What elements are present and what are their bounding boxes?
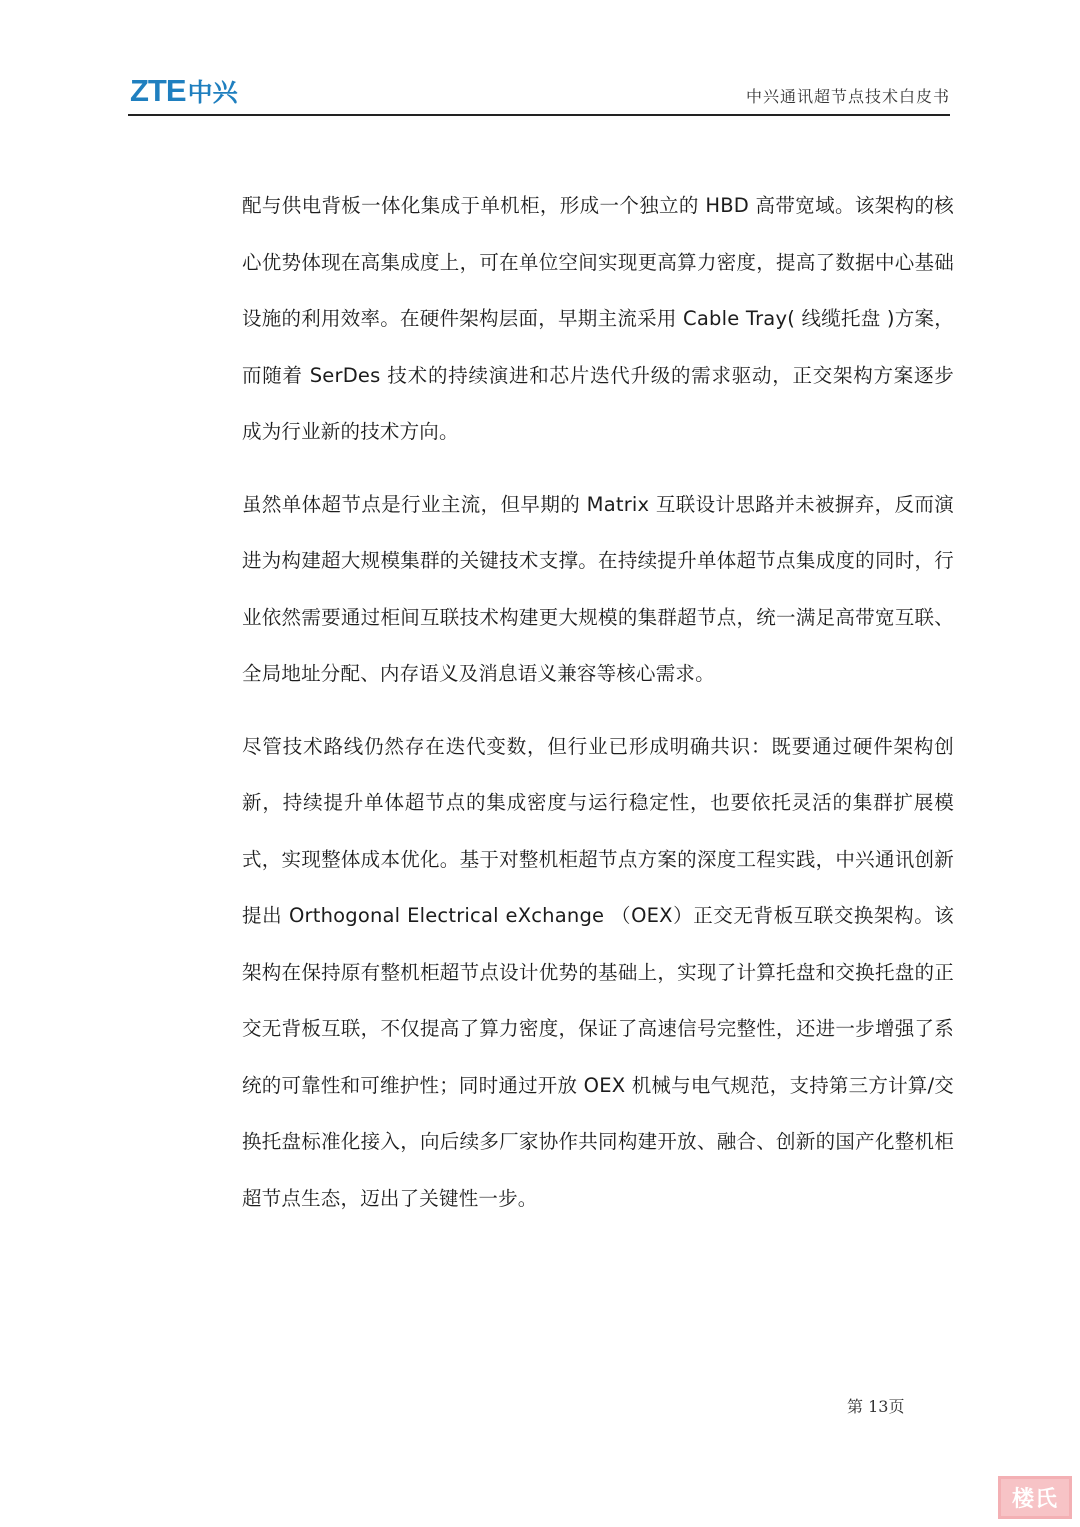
zte-logo: ZTE 中兴 — [130, 74, 238, 110]
logo-latin-text: ZTE — [130, 74, 186, 108]
document-body: 配与供电背板一体化集成于单机柜，形成一个独立的 HBD 高带宽域。该架构的核心优… — [242, 178, 954, 1243]
paragraph-1: 配与供电背板一体化集成于单机柜，形成一个独立的 HBD 高带宽域。该架构的核心优… — [242, 178, 954, 461]
paragraph-2: 虽然单体超节点是行业主流，但早期的 Matrix 互联设计思路并未被摒弃，反而演… — [242, 477, 954, 703]
seal-text: 楼氏 — [1012, 1482, 1058, 1513]
document-title: 中兴通讯超节点技术白皮书 — [746, 84, 950, 107]
page-header: ZTE 中兴 中兴通讯超节点技术白皮书 — [128, 72, 950, 116]
seal-stamp-icon: 楼氏 — [998, 1476, 1072, 1519]
page-number: 第 13页 — [847, 1394, 904, 1417]
logo-cjk-text: 中兴 — [188, 76, 238, 110]
paragraph-3: 尽管技术路线仍然存在迭代变数，但行业已形成明确共识：既要通过硬件架构创新，持续提… — [242, 719, 954, 1228]
